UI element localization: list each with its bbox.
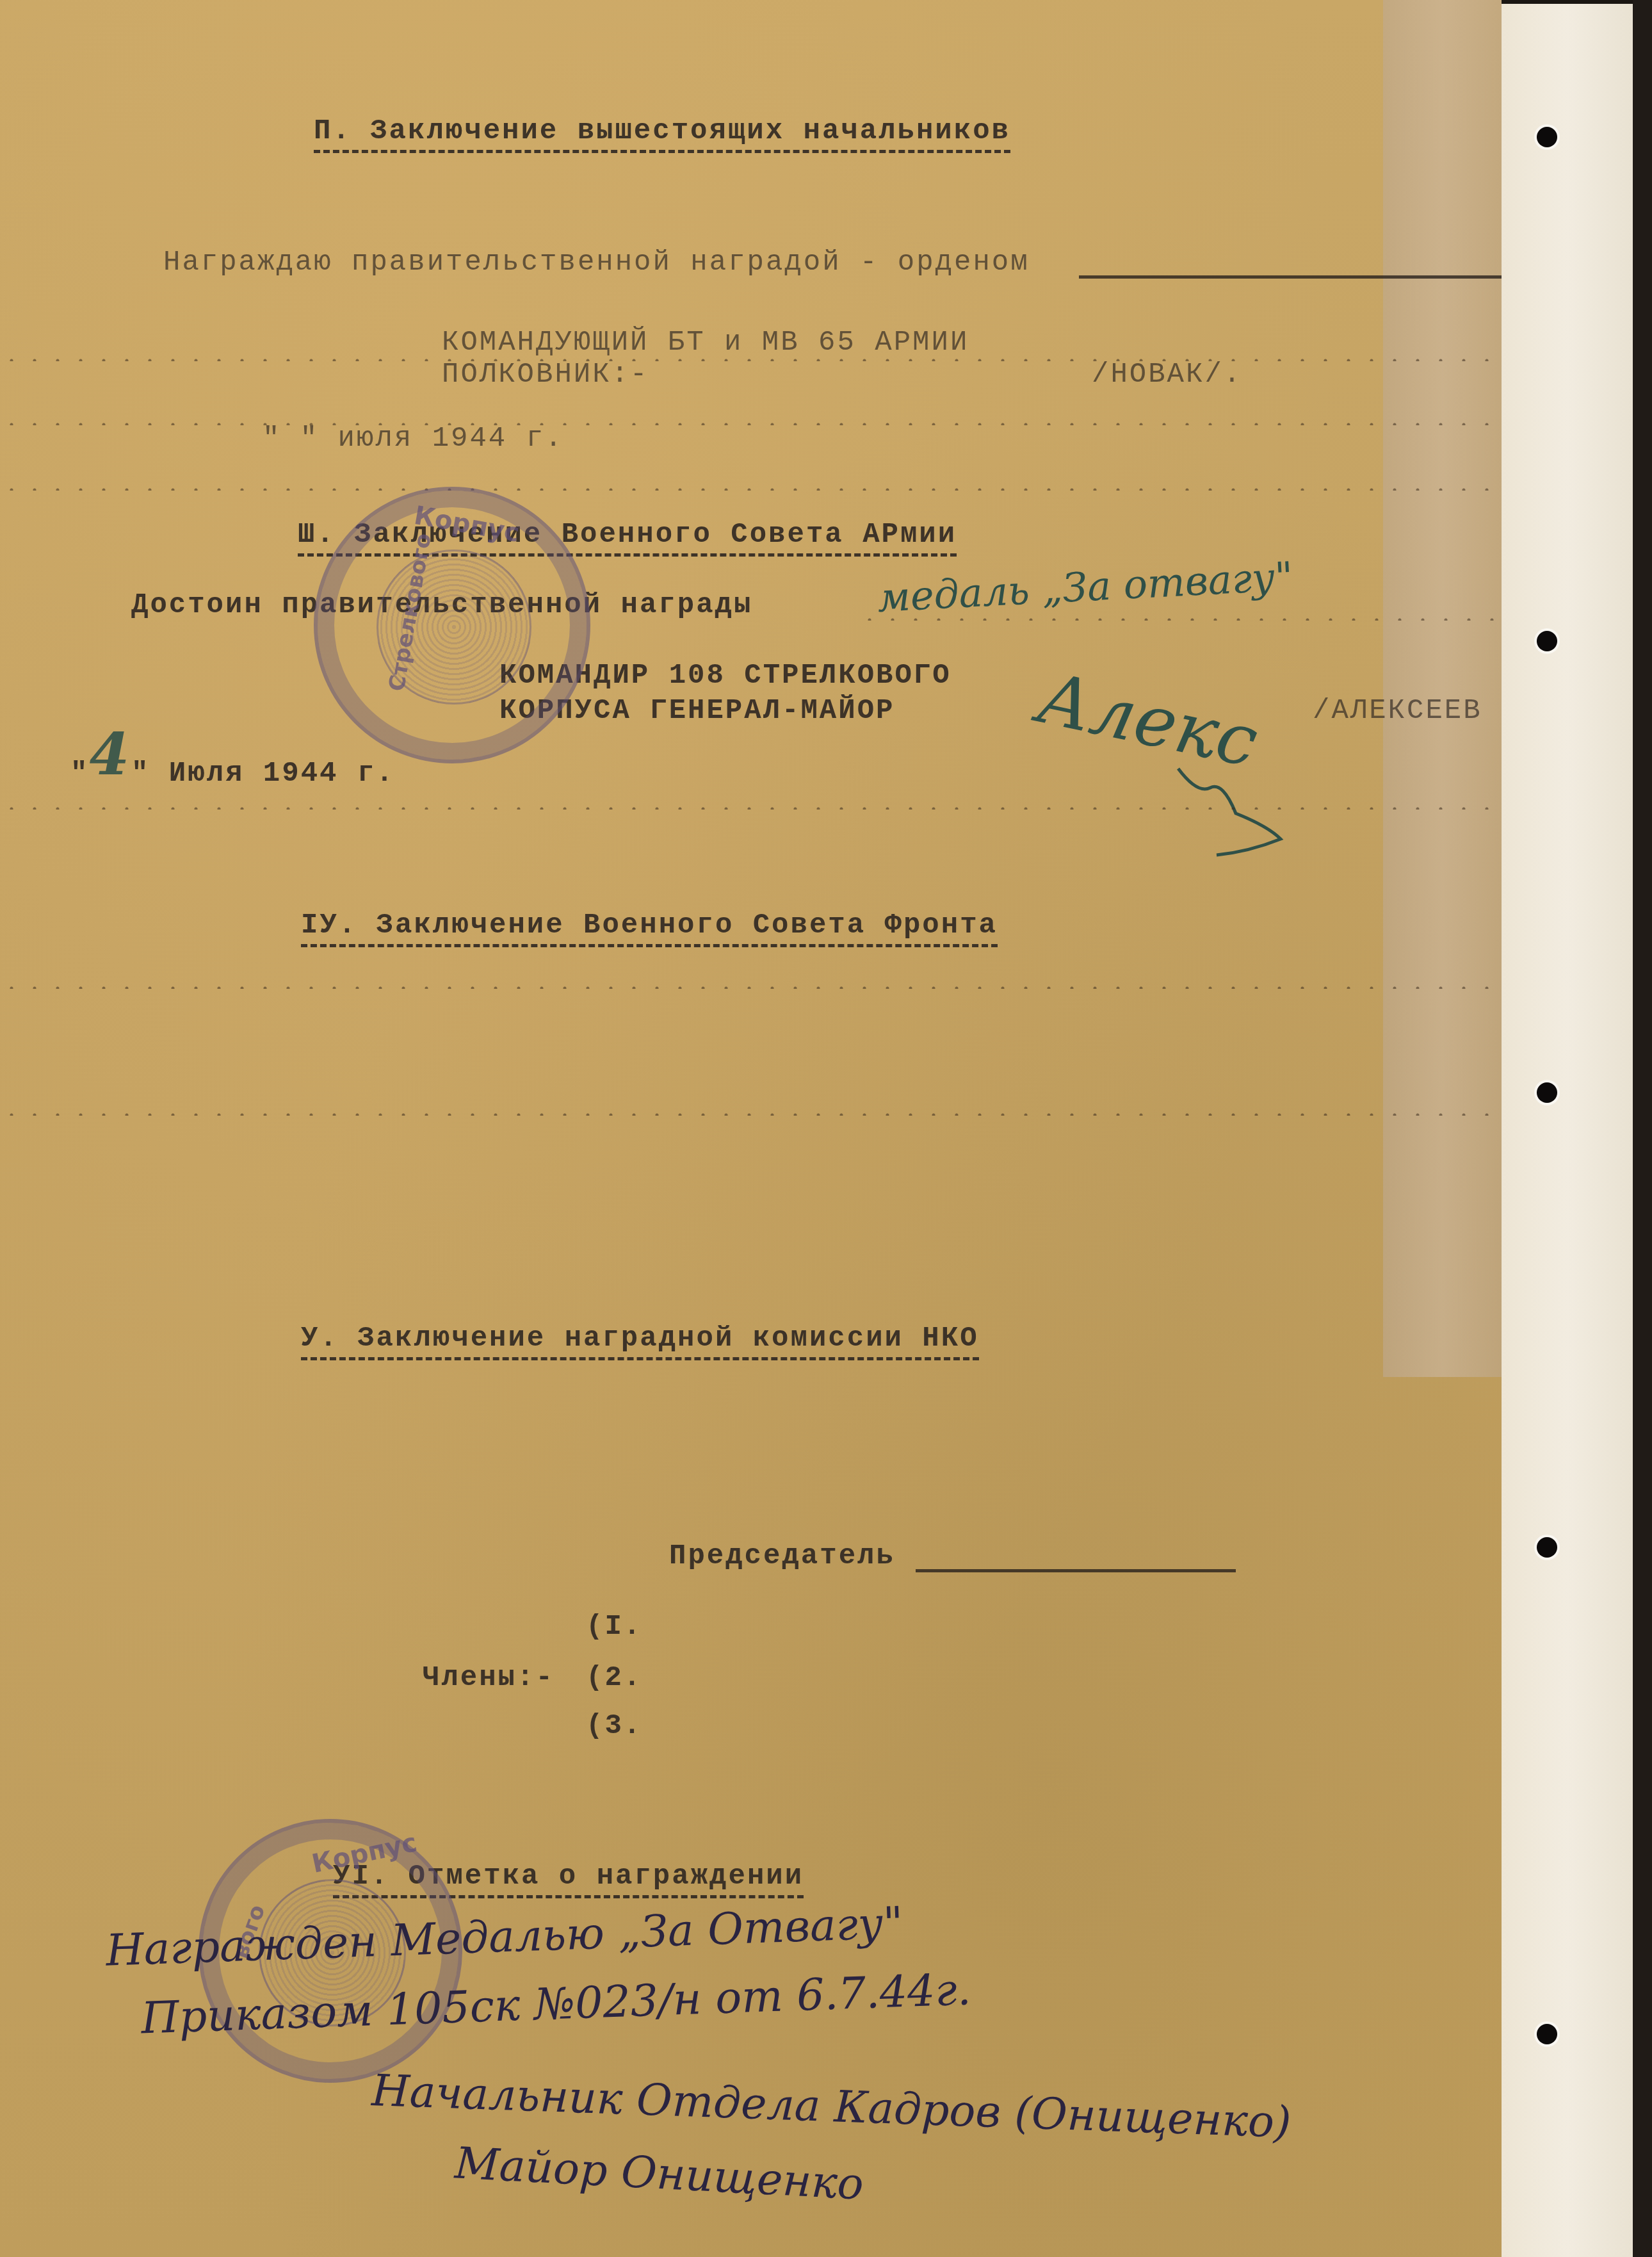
punch-hole-icon [1537, 127, 1557, 147]
punch-hole-icon [1537, 1537, 1557, 1558]
scan-edge [1633, 0, 1652, 2257]
section-2-date: " " июля 1944 г. [263, 423, 563, 455]
official-stamp: Корпус Стрелкового [314, 487, 590, 763]
signer-name: /АЛЕКСЕЕВ [1313, 695, 1482, 727]
dotted-divider [0, 423, 1502, 425]
section-3-date: "4" Июля 1944 г. [70, 727, 395, 795]
member-3: (3. [586, 1710, 642, 1742]
punch-hole-icon [1537, 1082, 1557, 1103]
dotted-fill-line [858, 618, 1498, 621]
dotted-divider [0, 807, 1502, 810]
member-2: (2. [586, 1662, 642, 1694]
punch-hole-icon [1537, 2024, 1557, 2044]
signer-title-line2: ПОЛКОВНИК:- [442, 359, 649, 391]
chairman-label: Председатель [669, 1540, 895, 1572]
dotted-divider [0, 1113, 1502, 1116]
award-line-label: Награждаю правительственной наградой - о… [163, 247, 1030, 279]
repair-tape-strip [1383, 0, 1502, 1377]
dotted-divider [0, 986, 1502, 989]
section-4-heading: IУ. Заключение Военного Совета Фронта [301, 909, 998, 941]
dotted-divider [0, 359, 1502, 361]
member-1: (I. [586, 1611, 642, 1643]
section-5-heading: У. Заключение наградной комиссии НКО [301, 1323, 979, 1355]
punch-hole-icon [1537, 631, 1557, 651]
members-label: Члены:- [423, 1662, 555, 1694]
binding-strip [1502, 0, 1633, 2257]
signer-name: /НОВАК/. [1092, 359, 1242, 391]
award-fill-line [1079, 275, 1502, 279]
chairman-fill-line [916, 1569, 1236, 1572]
dotted-divider [0, 488, 1502, 491]
section-2-heading: П. Заключение вышестоящих начальников [314, 115, 1010, 147]
signer-title-line1: КОМАНДУЮЩИЙ БТ и МВ 65 АРМИИ [442, 327, 969, 359]
handwritten-day: 4 [89, 721, 131, 788]
